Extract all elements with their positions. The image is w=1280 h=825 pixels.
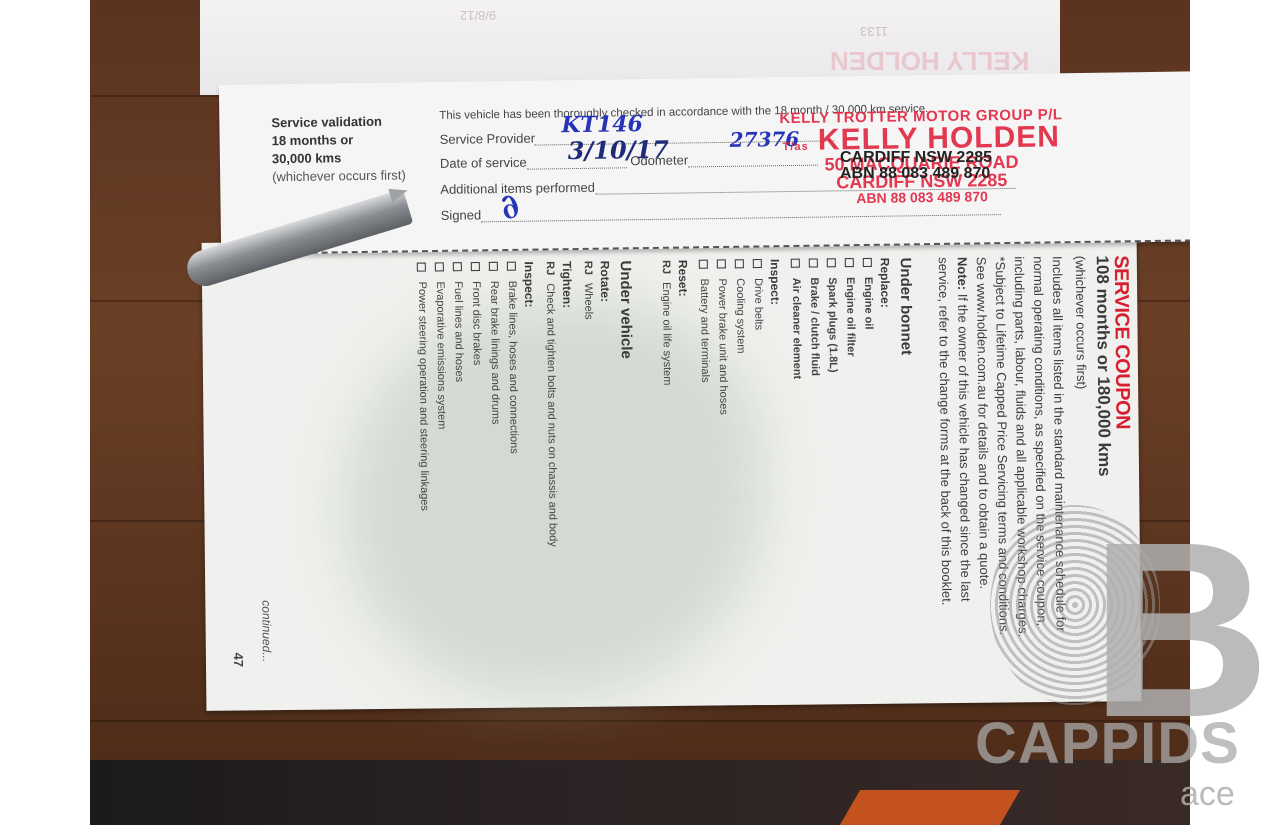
coupon-interval: 108 months or 180,000 kms: [1092, 255, 1114, 476]
checkbox[interactable]: [699, 260, 708, 269]
orange-object: [840, 790, 1020, 825]
checklist-item[interactable]: Battery and terminals: [698, 260, 711, 383]
checkbox[interactable]: [489, 262, 498, 271]
checklist-item[interactable]: Brake / clutch fluid: [808, 258, 821, 376]
photo-background: 9/8/12 1133 KELLY HOLDEN SERVICE COUPON …: [90, 0, 1190, 825]
checklist-item[interactable]: Brake lines, hoses and connections: [506, 262, 520, 454]
checkbox[interactable]: [471, 262, 480, 271]
section-under-vehicle: Under vehicle: [617, 260, 635, 359]
mark: RJ: [544, 261, 556, 275]
group-inspect-vehicle: Inspect:: [522, 261, 536, 307]
date-handwriting: 3/10/17: [568, 135, 669, 165]
mark: RJ: [660, 260, 672, 274]
group-rotate: Rotate:: [598, 261, 612, 302]
note-label: Note:: [955, 257, 970, 290]
checklist-item[interactable]: Power steering operation and steering li…: [416, 263, 431, 511]
checklist-item[interactable]: Air cleaner element: [790, 259, 803, 380]
checklist-item[interactable]: Engine oil: [862, 258, 875, 330]
stamp-line-5: ABN 88 083 489 870: [780, 188, 1063, 206]
checklist-item[interactable]: Engine oil filter: [844, 258, 857, 357]
watermark-tagline: ace: [1180, 775, 1235, 814]
checklist-item[interactable]: Rear brake linings and drums: [488, 262, 502, 425]
watermark-brand: CAPPIDS: [975, 710, 1240, 777]
ghost-number: 1133: [860, 24, 888, 39]
checklist-item[interactable]: Fuel lines and hoses: [452, 262, 465, 382]
validation-title: Service validation: [271, 114, 382, 131]
additional-items-label: Additional items performed: [440, 180, 595, 197]
signed-label: Signed: [441, 207, 482, 223]
note-text: If the owner of this vehicle has changed…: [955, 290, 973, 602]
ghost-stamp: KELLY HOLDEN: [830, 45, 1029, 76]
coupon-note-2: service, refer to the change forms at th…: [934, 257, 957, 605]
checkbox[interactable]: [735, 259, 744, 268]
validation-summary: Service validation 18 months or 30,000 k…: [271, 112, 406, 186]
date-label: Date of service: [440, 155, 527, 171]
checkbox[interactable]: [453, 262, 462, 271]
checkbox[interactable]: [507, 262, 516, 271]
checklist-item[interactable]: Drive belts: [752, 259, 765, 330]
continued-label: continued...: [259, 600, 274, 662]
checkbox[interactable]: [435, 262, 444, 271]
checkbox[interactable]: [791, 259, 800, 268]
group-reset: Reset:: [676, 260, 690, 297]
section-under-bonnet: Under bonnet: [897, 257, 915, 355]
ghost-date: 9/8/12: [460, 8, 496, 23]
checkbox[interactable]: [753, 259, 762, 268]
checklist-item[interactable]: Cooling system: [734, 259, 747, 353]
page-number: 47: [231, 652, 246, 667]
service-provider-label: Service Provider: [440, 131, 536, 147]
checkbox[interactable]: [809, 258, 818, 267]
coupon-condition: (whichever occurs first): [1071, 256, 1091, 390]
validation-condition: (whichever occurs first): [272, 166, 406, 186]
checklist-item[interactable]: RJWheels: [582, 261, 595, 320]
checkbox[interactable]: [417, 263, 426, 272]
checkbox[interactable]: [845, 258, 854, 267]
validation-kms: 30,000 kms: [272, 150, 342, 166]
checkbox[interactable]: [827, 258, 836, 267]
checklist-item[interactable]: Power brake unit and hoses: [716, 259, 730, 414]
signature-field[interactable]: [481, 204, 1001, 222]
checkbox[interactable]: [863, 258, 872, 267]
checklist-item[interactable]: Front disc brakes: [470, 262, 483, 365]
underlying-stamp-line-2: ABN 88 083 489 870: [840, 166, 992, 182]
group-replace: Replace:: [878, 258, 893, 308]
validation-months: 18 months or: [272, 132, 354, 148]
checklist-item[interactable]: RJEngine oil life system: [660, 260, 673, 386]
coupon-description-5: See www.holden.com.au for details and to…: [972, 257, 994, 590]
stamp-prefix: T/as: [783, 141, 809, 153]
mark: RJ: [582, 261, 594, 275]
underlying-stamp: CARDIFF NSW 2285 ABN 88 083 489 870: [840, 150, 992, 182]
group-inspect: Inspect:: [768, 259, 782, 305]
checklist-item[interactable]: Spark plugs (1.8L): [826, 258, 839, 372]
coupon-note-1: Note: If the owner of this vehicle has c…: [953, 257, 976, 602]
underlying-stamp-line-1: CARDIFF NSW 2285: [840, 150, 992, 166]
group-tighten: Tighten:: [560, 261, 574, 308]
checklist-item[interactable]: Evaporative emissions system: [434, 262, 448, 429]
service-provider-handwriting: KT146: [561, 111, 643, 138]
checkbox[interactable]: [717, 259, 726, 268]
